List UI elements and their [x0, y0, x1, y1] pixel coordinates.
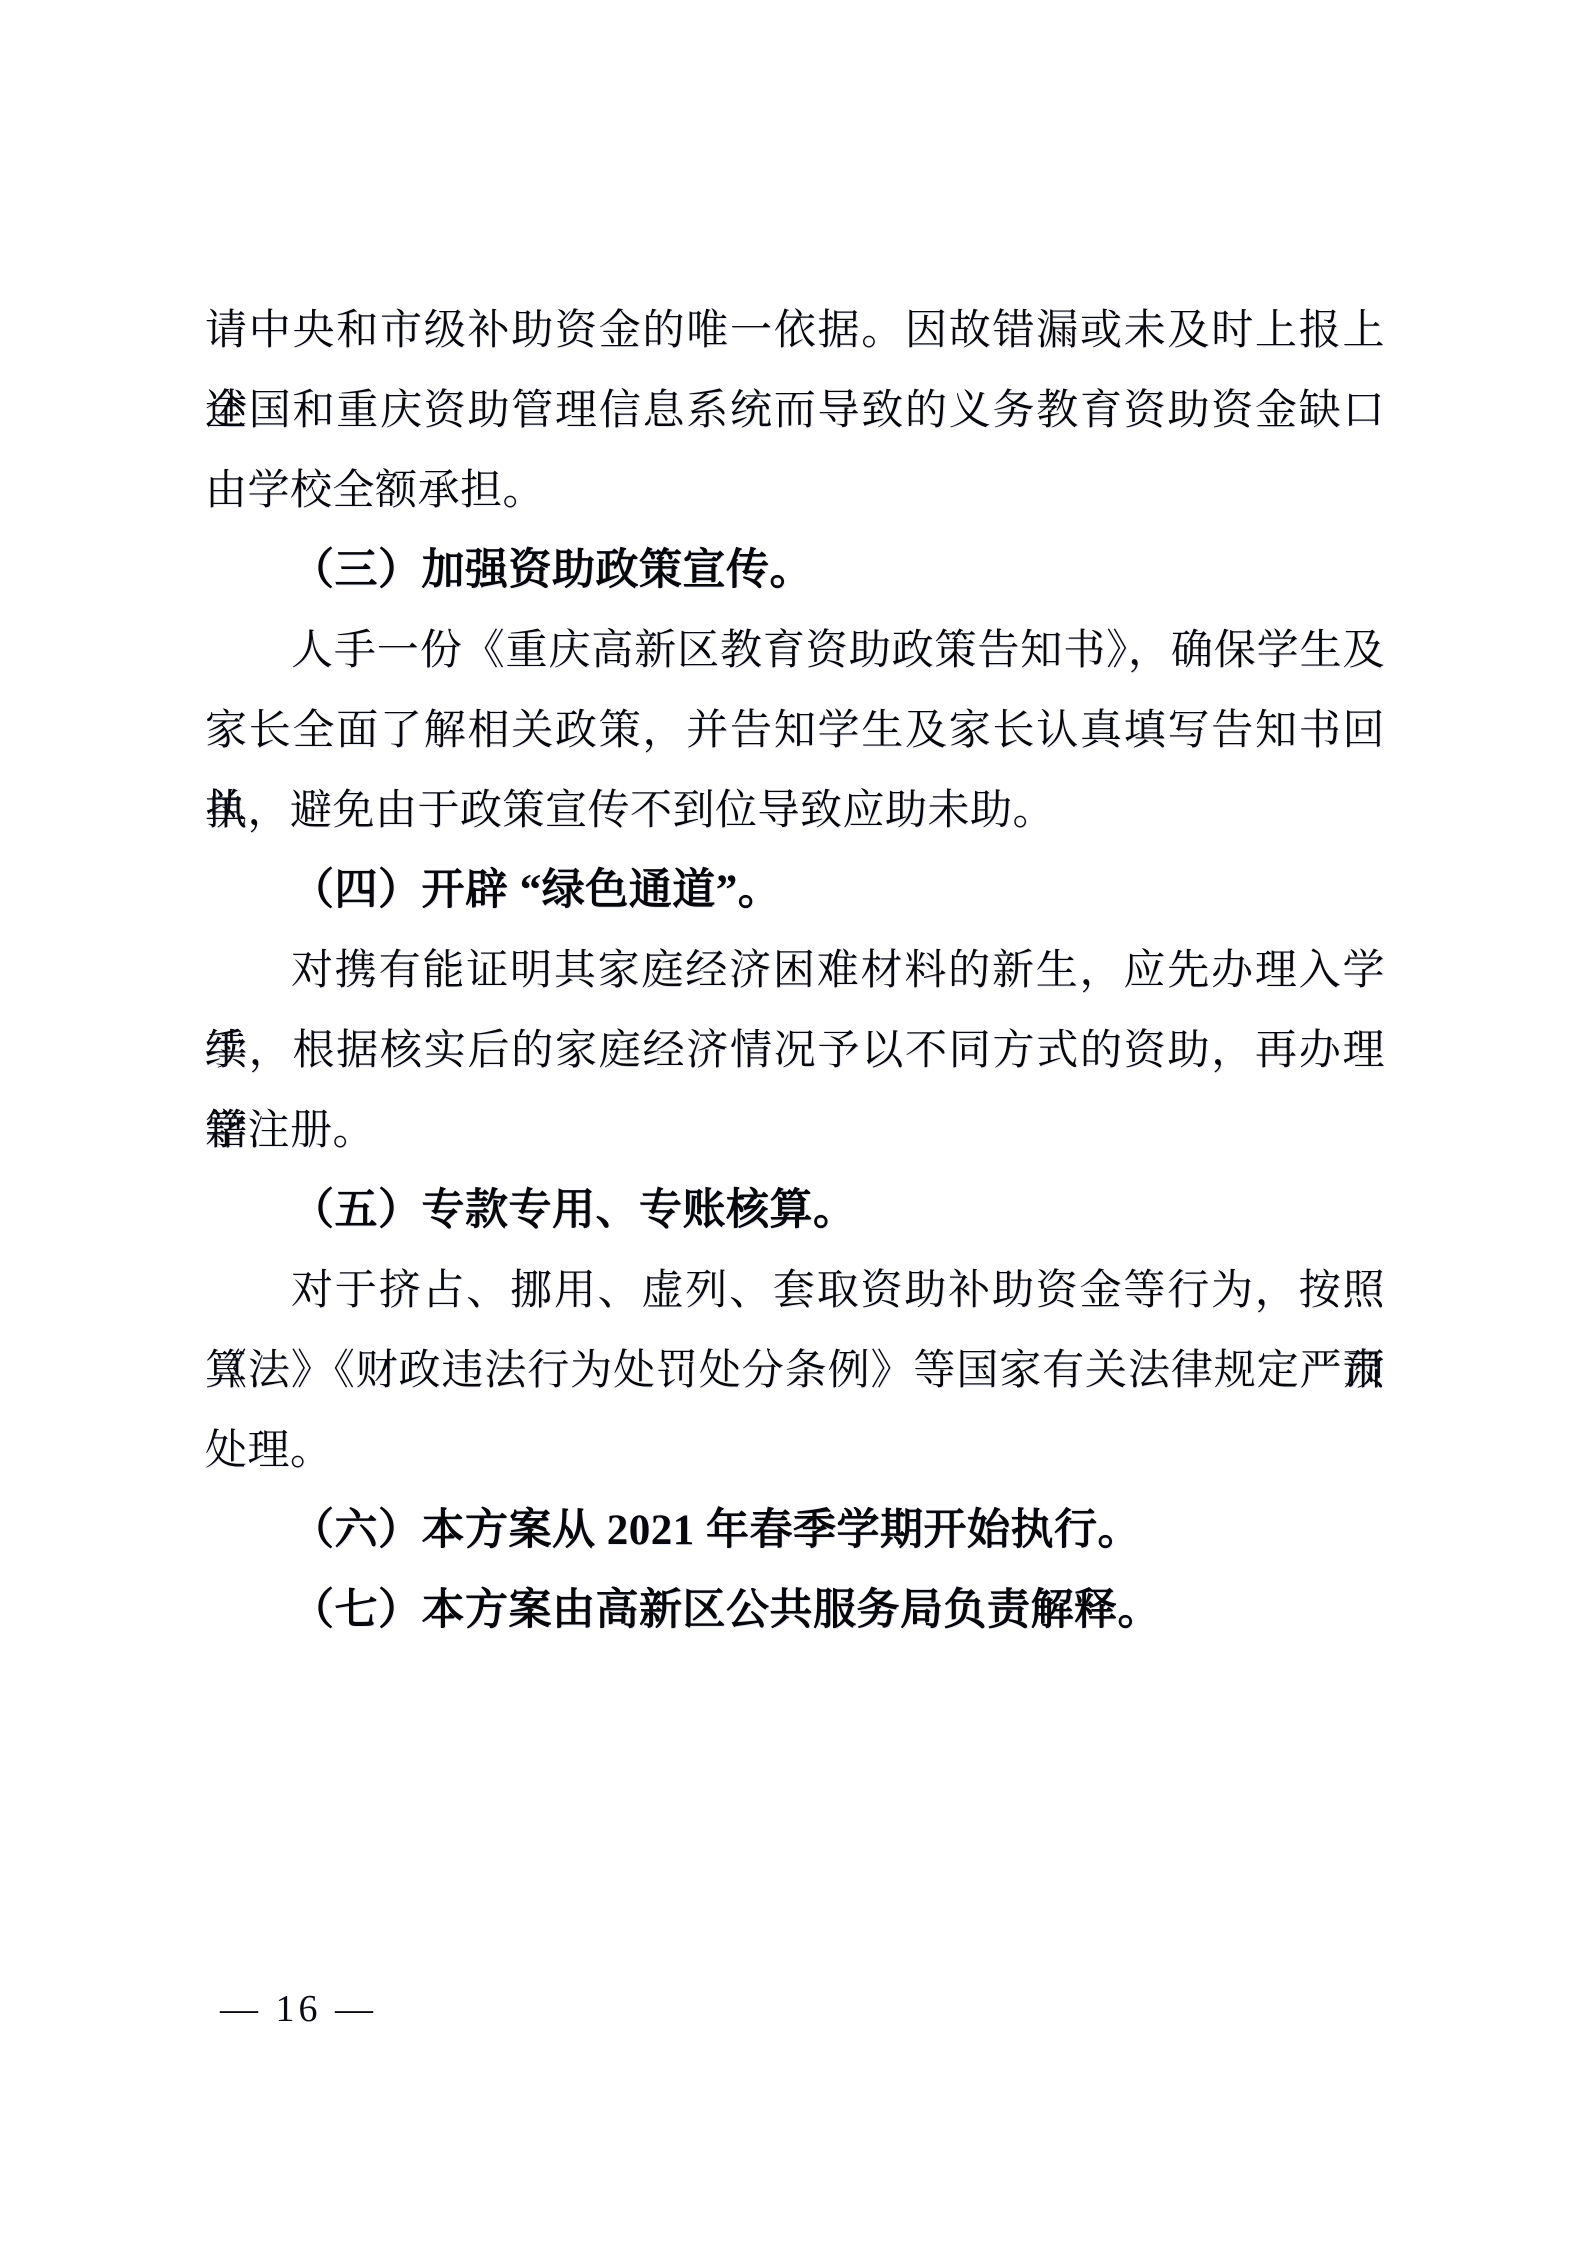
body-line: 人手一份《重庆高新区教育资助政策告知书》，确保学生及: [205, 611, 1385, 691]
body-line: 全国和重庆资助管理信息系统而导致的义务教育资助资金缺口: [205, 371, 1385, 451]
heading-section-5: （五）专款专用、专账核算。: [205, 1171, 1385, 1251]
body-line: 家长全面了解相关政策，并告知学生及家长认真填写告知书回执: [205, 691, 1385, 771]
body-line: 处理。: [205, 1411, 1385, 1491]
body-line: 对于挤占、挪用、虚列、套取资助补助资金等行为，按照《预: [205, 1251, 1385, 1331]
body-line: 籍注册。: [205, 1091, 1385, 1171]
body-line: 单，避免由于政策宣传不到位导致应助未助。: [205, 771, 1385, 851]
body-line: 由学校全额承担。: [205, 451, 1385, 531]
body-line: 算法》《财政违法行为处罚处分条例》等国家有关法律规定严肃: [205, 1331, 1385, 1411]
heading-section-7: （七）本方案由高新区公共服务局负责解释。: [205, 1571, 1385, 1651]
body-line: 对携有能证明其家庭经济困难材料的新生，应先办理入学手: [205, 931, 1385, 1011]
heading-section-3: （三）加强资助政策宣传。: [205, 531, 1385, 611]
heading-section-4: （四）开辟 “绿色通道”。: [205, 851, 1385, 931]
document-page: 请中央和市级补助资金的唯一依据。因故错漏或未及时上报上述 全国和重庆资助管理信息…: [0, 0, 1587, 2245]
body-line: 续，根据核实后的家庭经济情况予以不同方式的资助，再办理学: [205, 1011, 1385, 1091]
body-line: 请中央和市级补助资金的唯一依据。因故错漏或未及时上报上述: [205, 291, 1385, 371]
page-number: — 16 —: [220, 1986, 377, 2032]
document-body: 请中央和市级补助资金的唯一依据。因故错漏或未及时上报上述 全国和重庆资助管理信息…: [205, 291, 1385, 1651]
heading-section-6: （六）本方案从 2021 年春季学期开始执行。: [205, 1491, 1385, 1571]
